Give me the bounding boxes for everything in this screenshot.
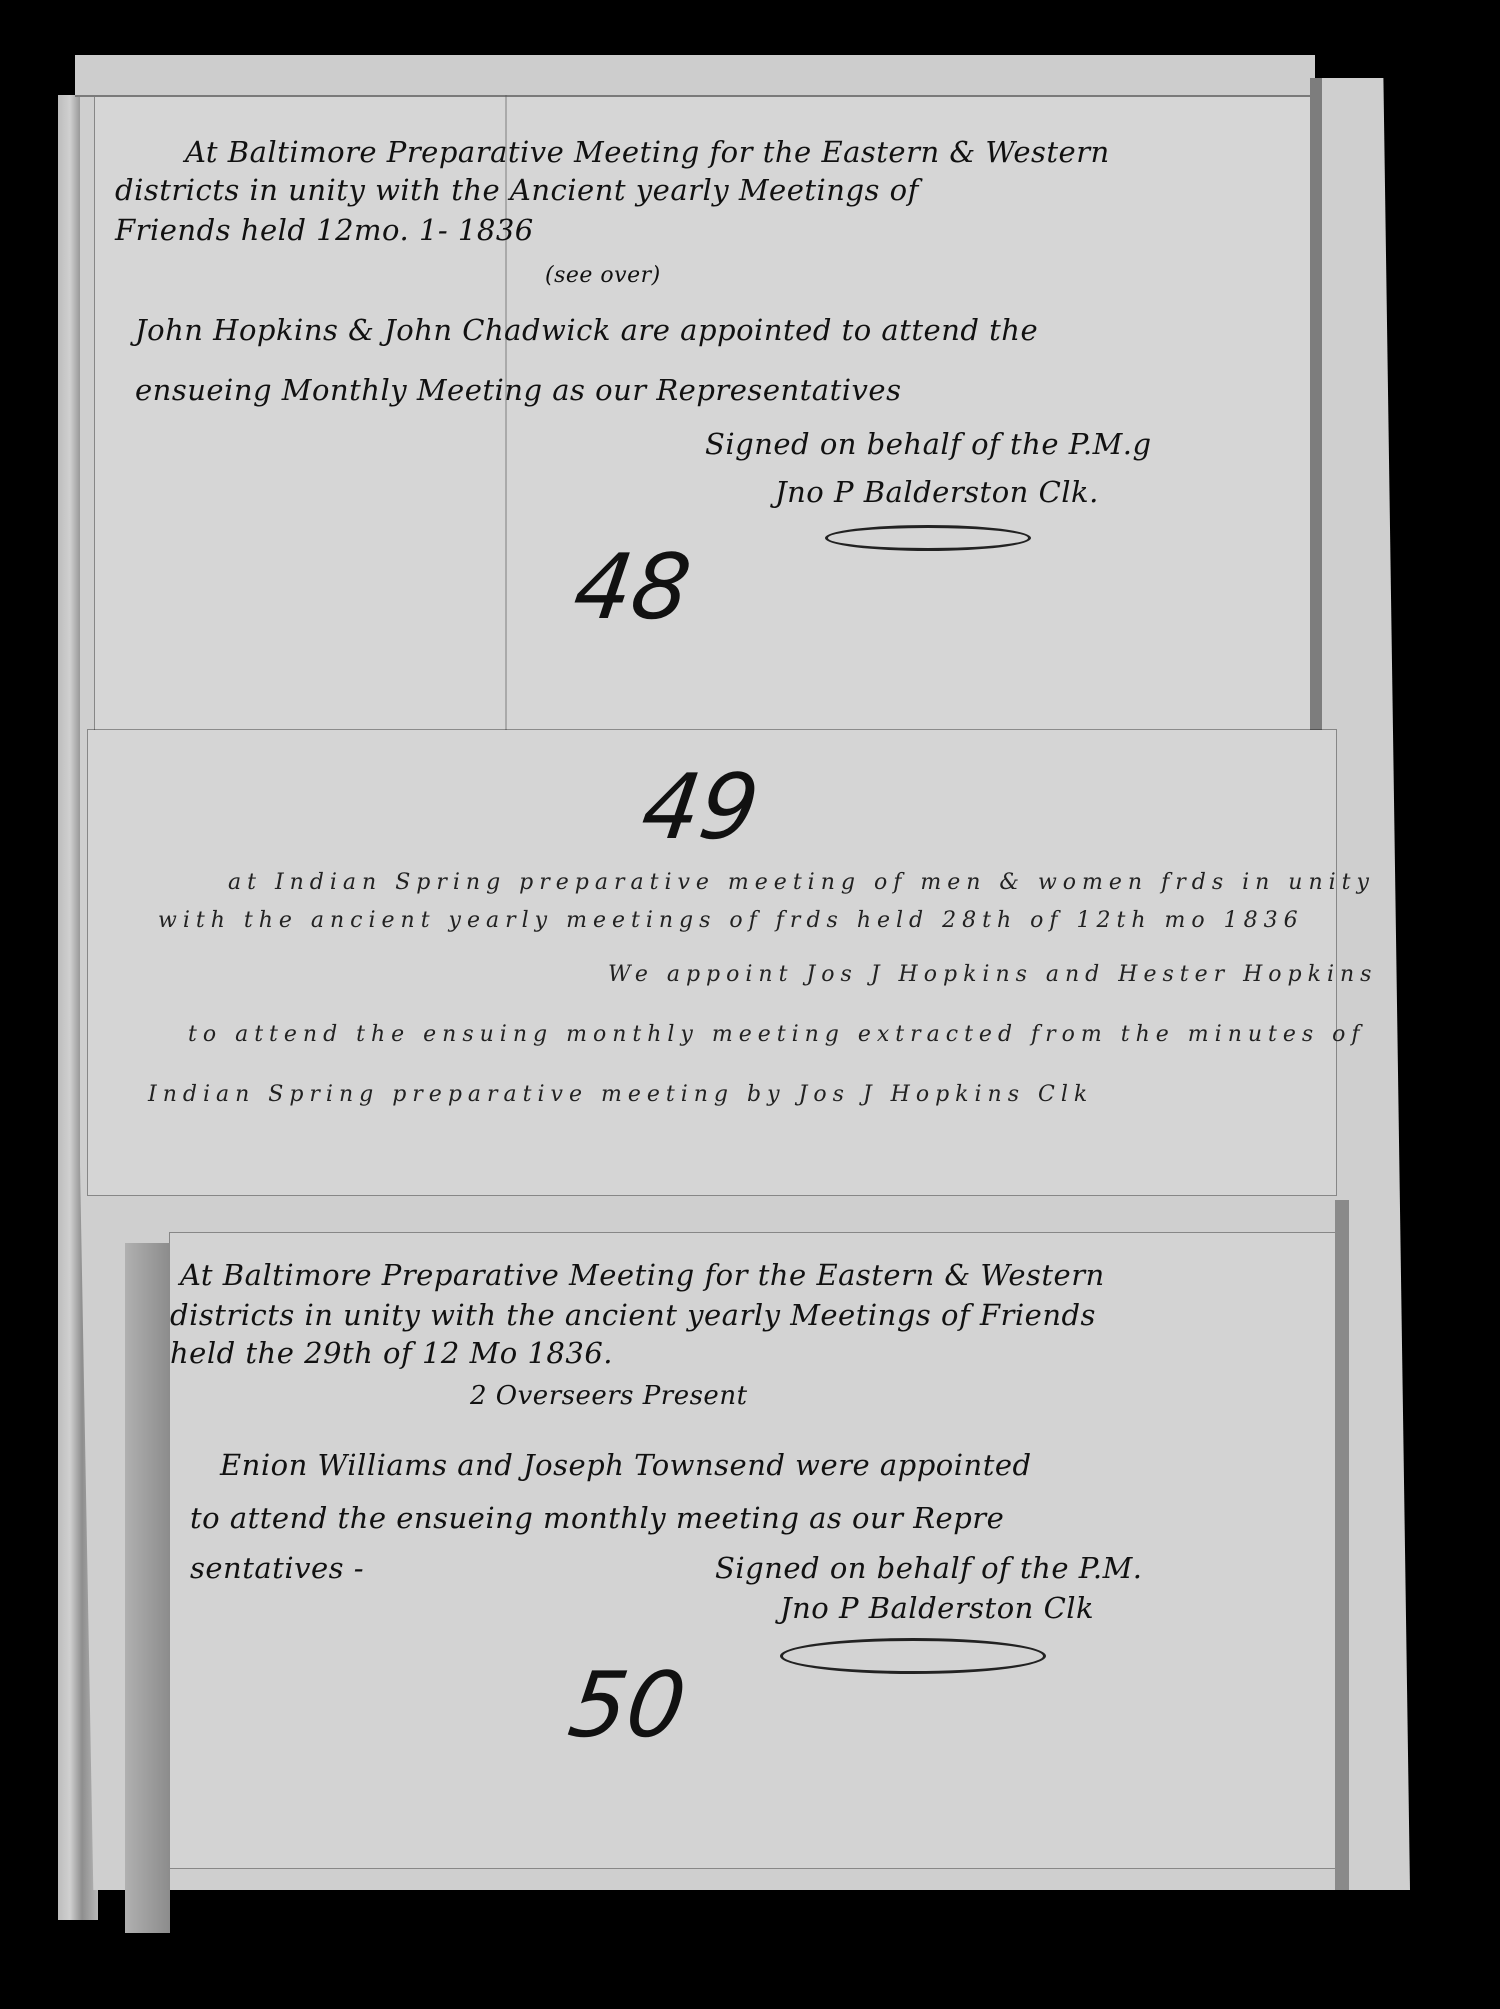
page-number: 49 [636,755,765,860]
paper-shadow [1335,1200,1349,1890]
note-aside: (see over) [545,263,661,288]
note-body-line: We appoint Jos J Hopkins and Hester Hopk… [608,962,1377,987]
note-body-line: to attend the ensueing monthly meeting a… [190,1501,1004,1535]
signature-flourish [825,525,1031,551]
paper-top-edge [75,55,1315,97]
note-line: held the 29th of 12 Mo 1836. [170,1336,613,1370]
minute-note-48: At Baltimore Preparative Meeting for the… [95,95,1310,730]
note-line: with the ancient yearly meetings of frds… [158,908,1304,933]
page-number: 50 [563,1653,692,1758]
note-body-line: John Hopkins & John Chadwick are appoint… [135,313,1038,347]
note-body-line: Indian Spring preparative meeting by Jos… [148,1082,1093,1107]
note-line: At Baltimore Preparative Meeting for the… [185,135,1110,169]
clerk-signature: Jno P Balderston Clk [780,1591,1094,1625]
note-body-line: sentatives - [190,1551,364,1585]
note-line: At Baltimore Preparative Meeting for the… [180,1258,1105,1292]
signed-on-behalf: Signed on behalf of the P.M.g [705,427,1152,461]
note-line: Friends held 12mo. 1- 1836 [115,213,534,247]
minute-note-50: At Baltimore Preparative Meeting for the… [170,1233,1342,1868]
note-line: at Indian Spring preparative meeting of … [228,870,1375,895]
note-aside: 2 Overseers Present [470,1381,748,1411]
paper-shadow [1310,78,1322,738]
page-number: 48 [568,535,697,640]
minute-note-49: 49 at Indian Spring preparative meeting … [88,730,1336,1195]
note-body-line: ensueing Monthly Meeting as our Represen… [135,373,901,407]
note-body-line: Enion Williams and Joseph Townsend were … [220,1448,1032,1482]
note-line: districts in unity with the Ancient year… [115,173,919,207]
signature-flourish [780,1638,1046,1674]
clerk-signature: Jno P Balderston Clk. [775,475,1099,509]
signed-on-behalf: Signed on behalf of the P.M. [715,1551,1143,1585]
note-body-line: to attend the ensuing monthly meeting ex… [188,1022,1366,1047]
note-line: districts in unity with the ancient year… [170,1298,1096,1332]
paper-curl-shadow [125,1243,170,1933]
